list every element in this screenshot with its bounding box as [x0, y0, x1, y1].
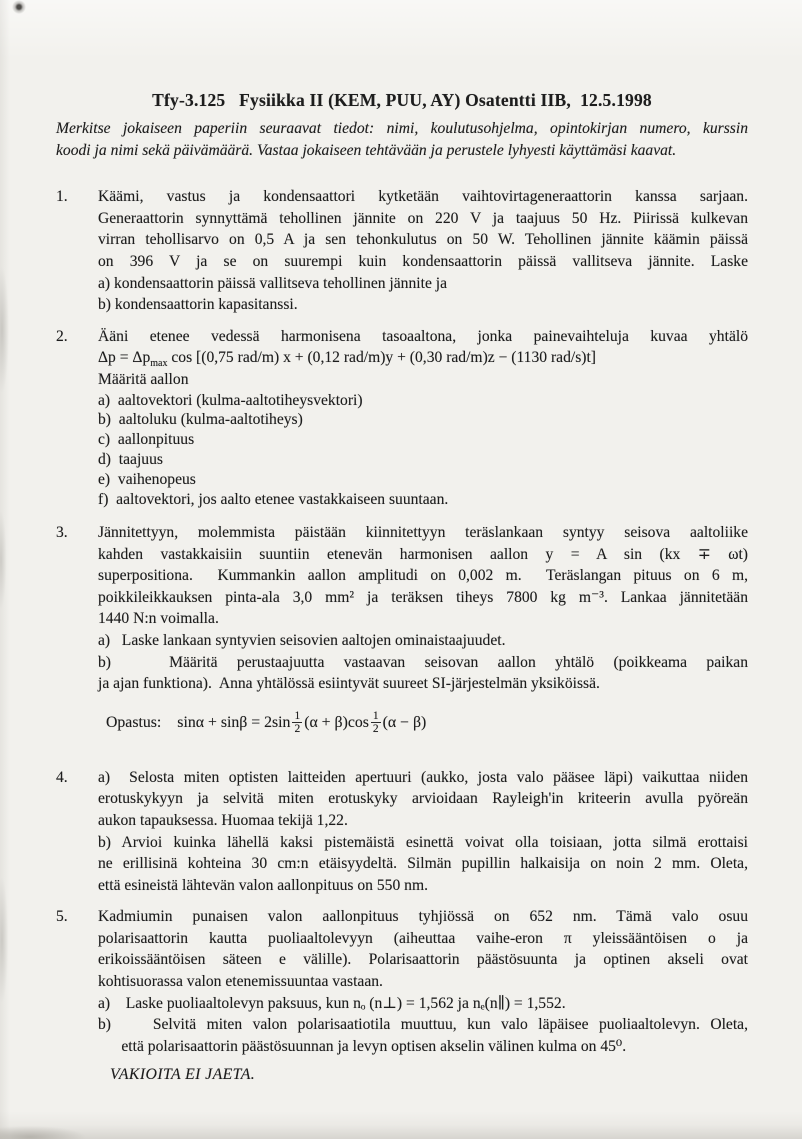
- fraction-one-half: 12: [371, 710, 381, 736]
- text-line: b) aaltoluku (kulma-aaltotiheys): [98, 410, 748, 430]
- text-line: ja ajan funktiona). Anna yhtälössä esiin…: [98, 673, 748, 695]
- text-line: superpositiona. Kummankin aallon amplitu…: [98, 565, 748, 587]
- text-line: erotuskykyyn ja selvitä miten erotuskyky…: [98, 788, 748, 810]
- text-line: a) kondensaattorin päissä vallitseva teh…: [98, 273, 748, 295]
- text-line: koodi ja nimi sekä päivämäärä. Vastaa jo…: [56, 140, 748, 162]
- text-line: virran tehollisarvo on 0,5 A ja sen teho…: [98, 229, 748, 251]
- question-3-body: Jännitettyyn, molemmista päistään kiinni…: [98, 522, 748, 695]
- text-line: Generaattorin synnyttämä tehollinen jänn…: [98, 208, 748, 230]
- opastus-hint: Opastus: sinα + sinβ = 2sin 12 (α + β)co…: [56, 701, 748, 745]
- question-5-subitem-b: b) Selvitä miten valon polarisaatiotila …: [98, 1014, 748, 1057]
- text-line: Käämi, vastus ja kondensaattori kytketää…: [98, 186, 748, 208]
- question-2-subitems: a) aaltovektori (kulma-aaltotiheysvektor…: [98, 391, 748, 510]
- question-4: 4. a) Selosta miten optisten laitteiden …: [56, 767, 748, 897]
- question-5-body: Kadmiumin punaisen valon aallonpituus ty…: [98, 906, 748, 1057]
- text-line: Kadmiumin punaisen valon aallonpituus ty…: [98, 906, 748, 928]
- opastus-number-spacer: [56, 701, 98, 745]
- text-line: aukon tapauksessa. Huomaa tekijä 1,22.: [98, 810, 748, 832]
- formula-prefix: Δp = Δp: [98, 349, 150, 366]
- text-line: poikkileikkauksen pinta-ala 3,0 mm² ja t…: [98, 587, 748, 609]
- text-line: erikoissääntöisen säteen e välille). Pol…: [98, 949, 748, 971]
- question-4-body: a) Selosta miten optisten laitteiden ape…: [98, 767, 748, 897]
- opastus-body: Opastus: sinα + sinβ = 2sin 12 (α + β)co…: [98, 701, 748, 745]
- scanned-exam-page: Tfy-3.125 Fysiikka II (KEM, PUU, AY) Osa…: [0, 0, 802, 1139]
- text-line: on 396 V ja se on suurempi kuin kondensa…: [98, 251, 748, 273]
- exam-instructions: Merkitse jokaiseen paperiin seuraavat ti…: [56, 118, 748, 161]
- question-1-subitems: a) kondensaattorin päissä vallitseva teh…: [98, 273, 748, 316]
- text-line: kohtisuorassa valon etenemissuuntaa vast…: [98, 971, 748, 993]
- text-line: että polarisaattorin päästösuunnan ja le…: [98, 1036, 748, 1058]
- question-3-subitem-b: b) Määritä perustaajuutta vastaavan seis…: [98, 652, 748, 695]
- text-line: d) taajuus: [98, 450, 748, 470]
- text-line: b) kondensaattorin kapasitanssi.: [98, 294, 748, 316]
- text-line: a) Selosta miten optisten laitteiden ape…: [98, 767, 748, 789]
- constants-note: VAKIOITA EI JAETA.: [56, 1066, 748, 1084]
- text-line: b) Arvioi kuinka lähellä kaksi pistemäis…: [98, 832, 748, 854]
- question-1: 1. Käämi, vastus ja kondensaattori kytke…: [56, 186, 748, 316]
- text-line: Merkitse jokaiseen paperiin seuraavat ti…: [56, 118, 748, 140]
- text-line: ne erillisinä kohteina 30 cm:n etäisyyde…: [98, 853, 748, 875]
- question-4-subitem-a: a) Selosta miten optisten laitteiden ape…: [98, 767, 748, 832]
- trig-identity-mid: (α + β)cos: [304, 714, 369, 732]
- question-4-subitem-b: b) Arvioi kuinka lähellä kaksi pistemäis…: [98, 832, 748, 897]
- question-5: 5. Kadmiumin punaisen valon aallonpituus…: [56, 906, 748, 1057]
- exam-title: Tfy-3.125 Fysiikka II (KEM, PUU, AY) Osa…: [56, 90, 748, 111]
- question-3: 3. Jännitettyyn, molemmista päistään kii…: [56, 522, 748, 695]
- question-2-pressure-formula: Δp = Δpmax cos [(0,75 rad/m) x + (0,12 r…: [98, 347, 748, 369]
- question-2-prompt: Määritä aallon: [98, 369, 748, 391]
- question-2: 2. Ääni etenee vedessä harmonisena tasoa…: [56, 326, 748, 510]
- text-line: c) aallonpituus: [98, 430, 748, 450]
- question-5-subitem-a: a) Laske puoliaaltolevyn paksuus, kun nₒ…: [98, 993, 748, 1015]
- question-5-paragraph: Kadmiumin punaisen valon aallonpituus ty…: [98, 906, 748, 992]
- text-line: kahden vastakkaisiin suuntiin etenevän h…: [98, 544, 748, 566]
- opastus-label: Opastus:: [106, 714, 161, 732]
- question-1-number: 1.: [56, 186, 98, 316]
- question-4-number: 4.: [56, 767, 98, 897]
- text-line: Jännitettyyn, molemmista päistään kiinni…: [98, 522, 748, 544]
- question-2-number: 2.: [56, 326, 98, 510]
- text-line: että esineistä lähtevän valon aallonpitu…: [98, 875, 748, 897]
- formula-subscript: max: [150, 358, 167, 369]
- question-3-subitem-a: a) Laske lankaan syntyvien seisovien aal…: [98, 630, 748, 652]
- question-3-paragraph: Jännitettyyn, molemmista päistään kiinni…: [98, 522, 748, 630]
- text-line: b) Selvitä miten valon polarisaatiotila …: [98, 1014, 748, 1036]
- text-line: polarisaattorin kautta puoliaaltolevyyn …: [98, 928, 748, 950]
- question-1-paragraph: Käämi, vastus ja kondensaattori kytketää…: [98, 186, 748, 272]
- question-2-body: Ääni etenee vedessä harmonisena tasoaalt…: [98, 326, 748, 510]
- question-2-intro-line: Ääni etenee vedessä harmonisena tasoaalt…: [98, 326, 748, 348]
- fraction-one-half: 12: [292, 710, 302, 736]
- trig-identity-lhs: sinα + sinβ = 2sin: [177, 714, 290, 732]
- text-line: f) aaltovektori, jos aalto etenee vastak…: [98, 490, 748, 510]
- question-1-body: Käämi, vastus ja kondensaattori kytketää…: [98, 186, 748, 316]
- text-line: a) aaltovektori (kulma-aaltotiheysvektor…: [98, 391, 748, 411]
- text-line: b) Määritä perustaajuutta vastaavan seis…: [98, 652, 748, 674]
- question-5-number: 5.: [56, 906, 98, 1057]
- question-3-number: 3.: [56, 522, 98, 695]
- text-line: e) vaihenopeus: [98, 470, 748, 490]
- formula-body: cos [(0,75 rad/m) x + (0,12 rad/m)y + (0…: [167, 349, 596, 366]
- trig-identity-rhs: (α − β): [383, 714, 427, 732]
- opastus-formula-line: Opastus: sinα + sinβ = 2sin 12 (α + β)co…: [98, 701, 748, 745]
- text-line: 1440 N:n voimalla.: [98, 608, 748, 630]
